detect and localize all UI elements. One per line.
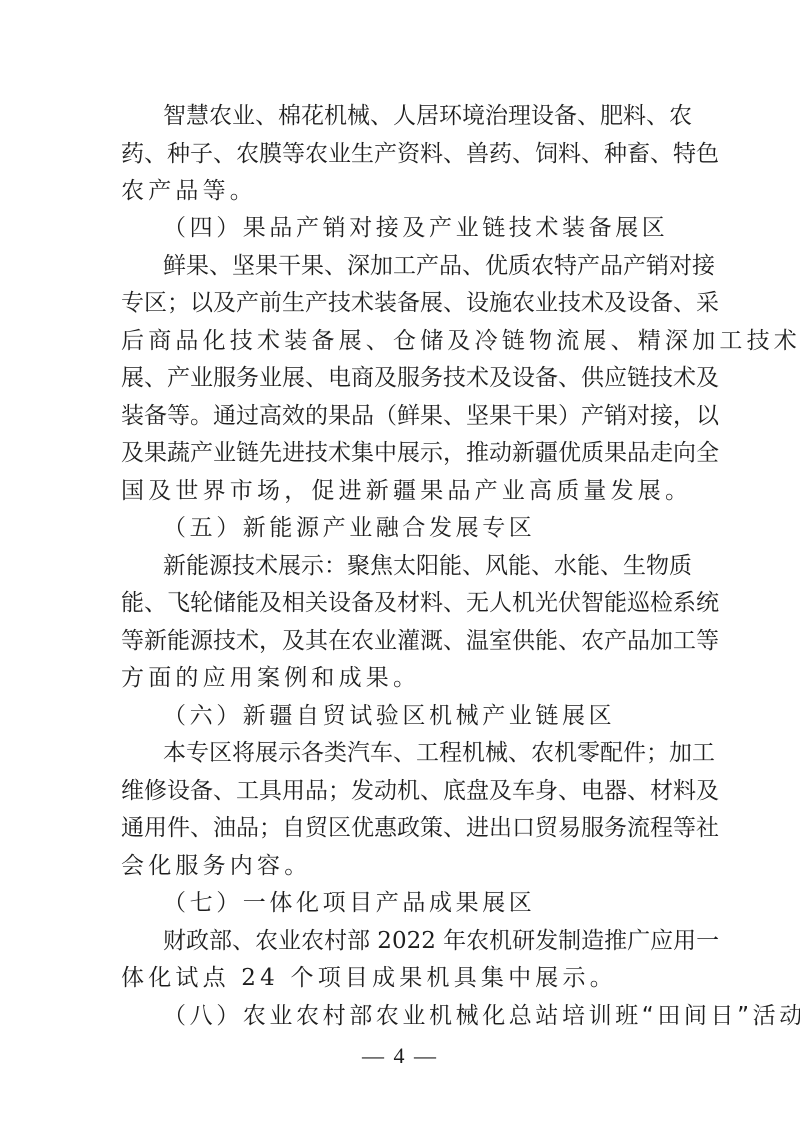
paragraph-line: 会化服务内容。 [121,851,666,881]
section-heading: （四）果品产销对接及产业链技术装备展区 [163,213,708,243]
paragraph-line: 后商品化技术装备展、仓储及冷链物流展、精深加工技术 [121,326,666,356]
paragraph-first-line: 新能源技术展示：聚焦太阳能、风能、水能、生物质 [163,551,666,581]
document-page: 智慧农业、棉花机械、人居环境治理设备、肥料、农药、种子、农膜等农业生产资料、兽药… [0,0,800,1131]
paragraph-line: 体化试点 24 个项目成果机具集中展示。 [121,963,666,993]
paragraph-first-line: 智慧农业、棉花机械、人居环境治理设备、肥料、农 [163,101,666,131]
section-heading: （六）新疆自贸试验区机械产业链展区 [163,701,708,731]
paragraph-line: 方面的应用案例和成果。 [121,663,666,693]
paragraph-line: 农产品等。 [121,176,666,206]
paragraph-line: 国及世界市场，促进新疆果品产业高质量发展。 [121,476,666,506]
paragraph-line: 能、飞轮储能及相关设备及材料、无人机光伏智能巡检系统 [121,588,666,618]
paragraph-line: 等新能源技术，及其在农业灌溉、温室供能、农产品加工等 [121,626,666,656]
section-heading: （八）农业农村部农业机械化总站培训班“田间日”活动 [163,1001,708,1031]
section-heading: （七）一体化项目产品成果展区 [163,888,708,918]
paragraph-line: 专区；以及产前生产技术装备展、设施农业技术及设备、采 [121,288,666,318]
section-heading: （五）新能源产业融合发展专区 [163,513,708,543]
paragraph-line: 维修设备、工具用品；发动机、底盘及车身、电器、材料及 [121,776,666,806]
page-number: — 4 — [0,1043,800,1069]
paragraph-first-line: 本专区将展示各类汽车、工程机械、农机零配件；加工 [163,738,666,768]
paragraph-line: 通用件、油品；自贸区优惠政策、进出口贸易服务流程等社 [121,813,666,843]
paragraph-line: 及果蔬产业链先进技术集中展示，推动新疆优质果品走向全 [121,438,666,468]
paragraph-first-line: 鲜果、坚果干果、深加工产品、优质农特产品产销对接 [163,251,666,281]
paragraph-first-line: 财政部、农业农村部 2022 年农机研发制造推广应用一 [163,926,666,956]
paragraph-line: 展、产业服务业展、电商及服务技术及设备、供应链技术及 [121,363,666,393]
paragraph-line: 药、种子、农膜等农业生产资料、兽药、饲料、种畜、特色 [121,139,666,169]
paragraph-line: 装备等。通过高效的果品（鲜果、坚果干果）产销对接，以 [121,401,666,431]
